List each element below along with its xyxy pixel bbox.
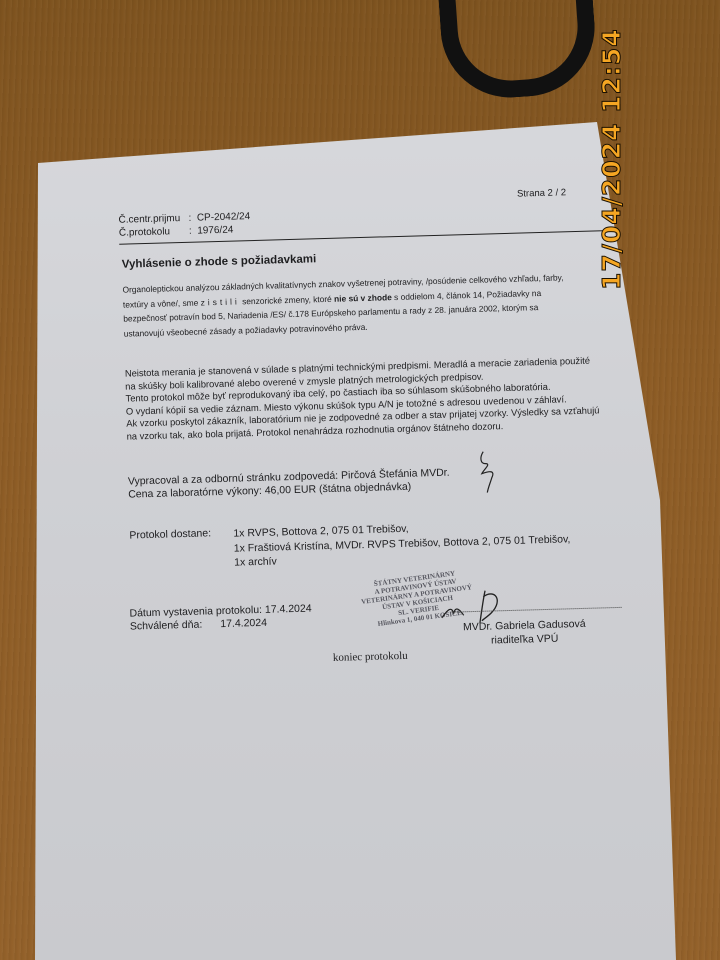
approved-label: Schválené dňa:	[130, 618, 203, 632]
protocol-label: Č.protokolu	[119, 226, 189, 239]
signatory: MVDr. Gabriela Gadusová riaditeľka VPÚ	[463, 618, 586, 648]
protocol-value: 1976/24	[197, 225, 233, 237]
end-of-protocol: koniec protokolu	[333, 650, 408, 664]
non-conformity-emphasis: nie sú v zhode	[334, 292, 392, 304]
central-receipt-label: Č.centr.prijmu	[118, 213, 188, 226]
central-receipt-value: CP-2042/24	[197, 211, 251, 223]
issue-date: 17.4.2024	[265, 603, 312, 616]
conformity-paragraph: Organoleptickou analýzou základných kval…	[122, 270, 565, 340]
recipients-list: 1x RVPS, Bottova 2, 075 01 Trebišov, 1x …	[233, 517, 571, 570]
measurement-notes: Neistota merania je stanovená v súlade s…	[125, 354, 600, 442]
preparation-info: Vypracoval a za odbornú stránku zodpoved…	[128, 467, 450, 501]
section-title: Vyhlásenie o zhode s požiadavkami	[122, 253, 317, 270]
page-number: Strana 2 / 2	[517, 187, 566, 199]
dates-block: Dátum vystavenia protokolu: 17.4.2024 Sc…	[129, 603, 312, 633]
protocol-number: Č.protokolu: 1976/24	[119, 225, 234, 239]
recipients-label: Protokol dostane:	[129, 527, 211, 541]
photo-timestamp: 17/04/2024 12:54	[597, 28, 626, 290]
central-receipt-number: Č.centr.prijmu: CP-2042/24	[118, 211, 250, 226]
preparer-signature	[477, 449, 504, 494]
approved-date: 17.4.2024	[220, 616, 267, 630]
